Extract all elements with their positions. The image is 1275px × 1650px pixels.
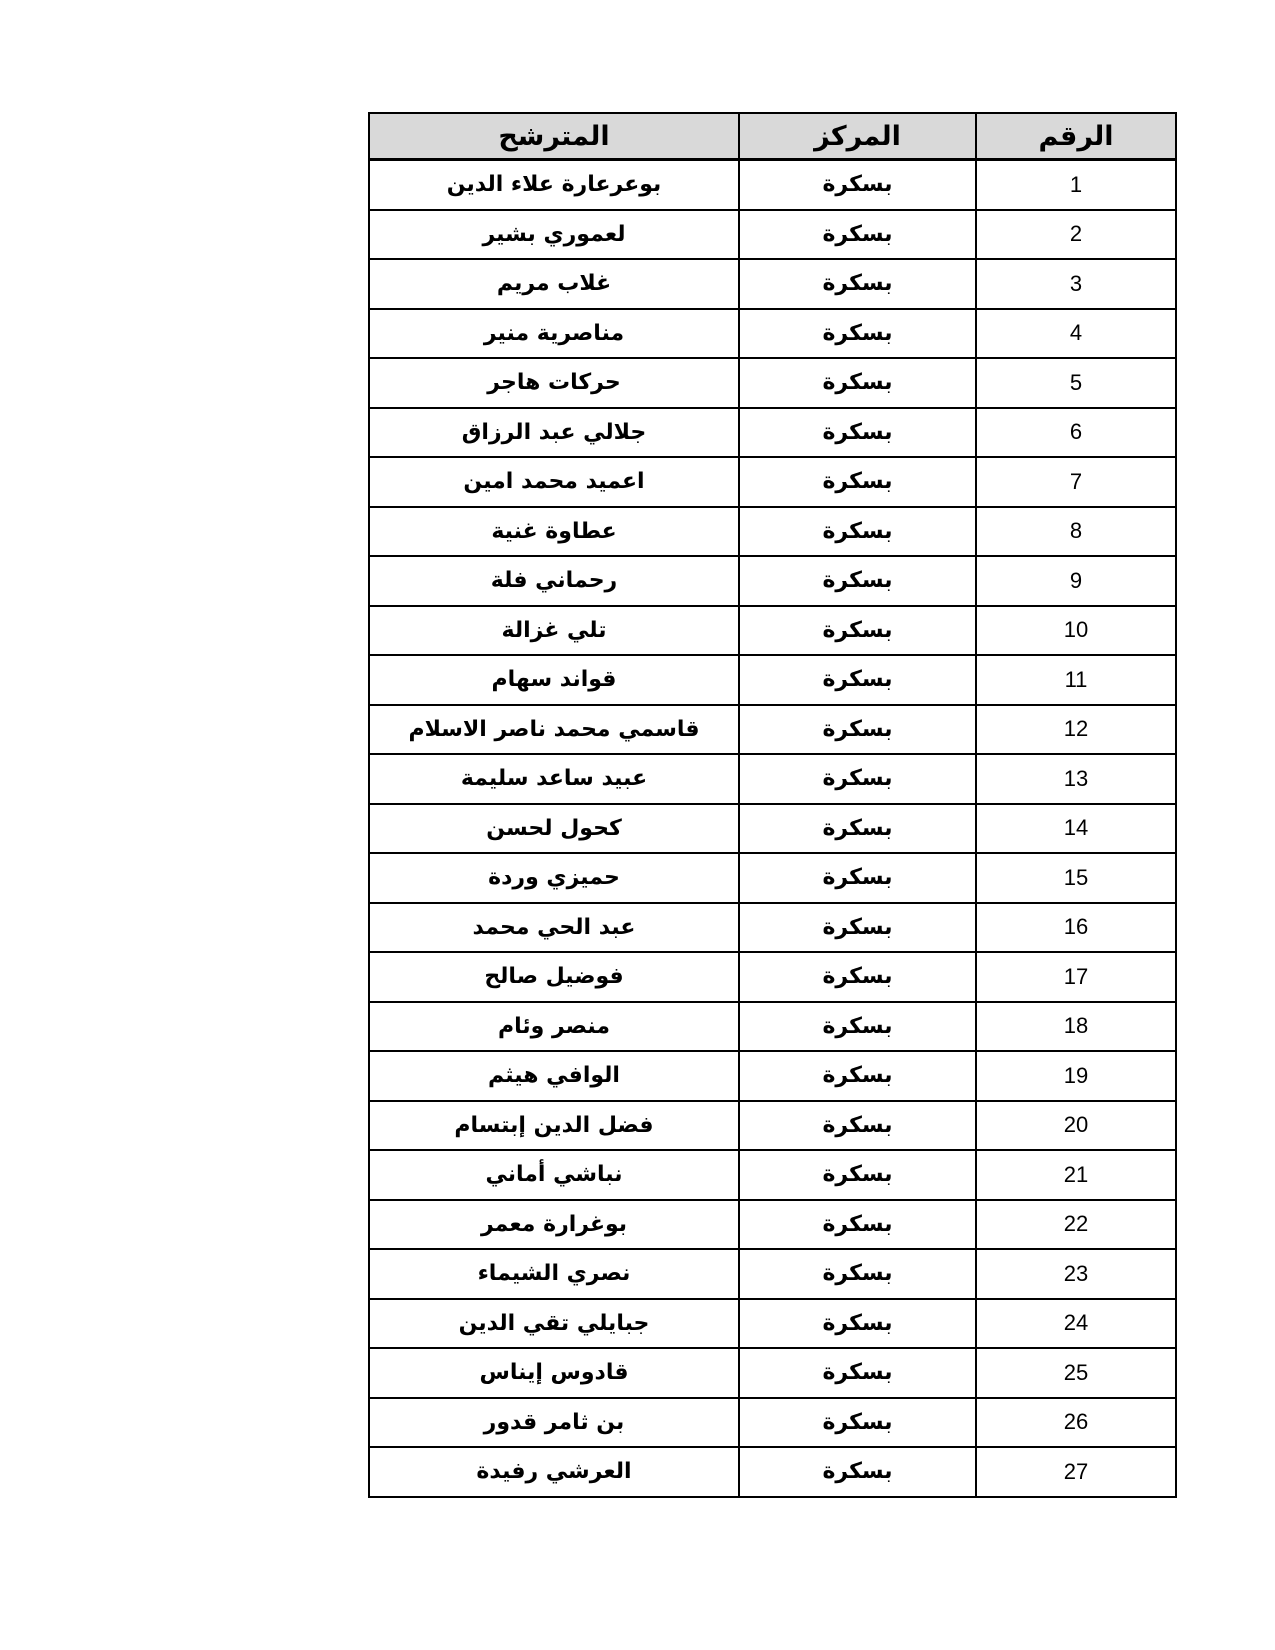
row-number-cell: 7 bbox=[976, 457, 1176, 507]
row-candidate-cell: عبد الحي محمد bbox=[369, 903, 739, 953]
row-candidate-cell: جلالي عبد الرزاق bbox=[369, 408, 739, 458]
table-row: 11 بسكرة قواند سهام bbox=[369, 655, 1176, 705]
row-candidate-cell: عبيد ساعد سليمة bbox=[369, 754, 739, 804]
column-header-number: الرقم bbox=[976, 113, 1176, 160]
row-candidate-cell: العرشي رفيدة bbox=[369, 1447, 739, 1497]
table-row: 21 بسكرة نباشي أماني bbox=[369, 1150, 1176, 1200]
row-number-cell: 18 bbox=[976, 1002, 1176, 1052]
table-row: 8 بسكرة عطاوة غنية bbox=[369, 507, 1176, 557]
row-candidate-cell: اعميد محمد امين bbox=[369, 457, 739, 507]
table-row: 26 بسكرة بن ثامر قدور bbox=[369, 1398, 1176, 1448]
row-candidate-cell: جبايلي تقي الدين bbox=[369, 1299, 739, 1349]
row-center-cell: بسكرة bbox=[739, 903, 976, 953]
row-candidate-cell: منصر وئام bbox=[369, 1002, 739, 1052]
row-number-cell: 17 bbox=[976, 952, 1176, 1002]
table-row: 24 بسكرة جبايلي تقي الدين bbox=[369, 1299, 1176, 1349]
document-page: الرقم المركز المترشح 1 بسكرة بوعرعارة عل… bbox=[0, 0, 1275, 1650]
table-row: 19 بسكرة الوافي هيثم bbox=[369, 1051, 1176, 1101]
row-candidate-cell: الوافي هيثم bbox=[369, 1051, 739, 1101]
table-row: 7 بسكرة اعميد محمد امين bbox=[369, 457, 1176, 507]
row-center-cell: بسكرة bbox=[739, 309, 976, 359]
row-number-cell: 12 bbox=[976, 705, 1176, 755]
table-row: 9 بسكرة رحماني فلة bbox=[369, 556, 1176, 606]
table-row: 5 بسكرة حركات هاجر bbox=[369, 358, 1176, 408]
candidates-table: الرقم المركز المترشح 1 بسكرة بوعرعارة عل… bbox=[368, 112, 1177, 1498]
row-center-cell: بسكرة bbox=[739, 952, 976, 1002]
table-row: 27 بسكرة العرشي رفيدة bbox=[369, 1447, 1176, 1497]
table-row: 10 بسكرة تلي غزالة bbox=[369, 606, 1176, 656]
table-row: 25 بسكرة قادوس إيناس bbox=[369, 1348, 1176, 1398]
row-number-cell: 26 bbox=[976, 1398, 1176, 1448]
row-number-cell: 27 bbox=[976, 1447, 1176, 1497]
row-candidate-cell: نصري الشيماء bbox=[369, 1249, 739, 1299]
row-candidate-cell: نباشي أماني bbox=[369, 1150, 739, 1200]
row-candidate-cell: رحماني فلة bbox=[369, 556, 739, 606]
row-candidate-cell: قاسمي محمد ناصر الاسلام bbox=[369, 705, 739, 755]
row-center-cell: بسكرة bbox=[739, 754, 976, 804]
row-center-cell: بسكرة bbox=[739, 210, 976, 260]
row-number-cell: 22 bbox=[976, 1200, 1176, 1250]
row-number-cell: 23 bbox=[976, 1249, 1176, 1299]
table-row: 22 بسكرة بوغرارة معمر bbox=[369, 1200, 1176, 1250]
table-row: 23 بسكرة نصري الشيماء bbox=[369, 1249, 1176, 1299]
row-number-cell: 6 bbox=[976, 408, 1176, 458]
row-center-cell: بسكرة bbox=[739, 556, 976, 606]
row-center-cell: بسكرة bbox=[739, 1002, 976, 1052]
row-center-cell: بسكرة bbox=[739, 1051, 976, 1101]
row-center-cell: بسكرة bbox=[739, 1249, 976, 1299]
row-candidate-cell: قادوس إيناس bbox=[369, 1348, 739, 1398]
row-number-cell: 24 bbox=[976, 1299, 1176, 1349]
header-row: الرقم المركز المترشح bbox=[369, 113, 1176, 160]
row-candidate-cell: بوعرعارة علاء الدين bbox=[369, 160, 739, 210]
row-number-cell: 3 bbox=[976, 259, 1176, 309]
table-row: 17 بسكرة فوضيل صالح bbox=[369, 952, 1176, 1002]
row-number-cell: 14 bbox=[976, 804, 1176, 854]
table-row: 12 بسكرة قاسمي محمد ناصر الاسلام bbox=[369, 705, 1176, 755]
row-center-cell: بسكرة bbox=[739, 259, 976, 309]
row-center-cell: بسكرة bbox=[739, 853, 976, 903]
row-center-cell: بسكرة bbox=[739, 1150, 976, 1200]
row-center-cell: بسكرة bbox=[739, 1398, 976, 1448]
row-center-cell: بسكرة bbox=[739, 507, 976, 557]
table-row: 15 بسكرة حميزي وردة bbox=[369, 853, 1176, 903]
row-candidate-cell: حركات هاجر bbox=[369, 358, 739, 408]
row-center-cell: بسكرة bbox=[739, 358, 976, 408]
row-number-cell: 9 bbox=[976, 556, 1176, 606]
row-number-cell: 5 bbox=[976, 358, 1176, 408]
table-row: 18 بسكرة منصر وئام bbox=[369, 1002, 1176, 1052]
row-number-cell: 13 bbox=[976, 754, 1176, 804]
table-row: 2 بسكرة لعموري بشير bbox=[369, 210, 1176, 260]
row-candidate-cell: كحول لحسن bbox=[369, 804, 739, 854]
row-center-cell: بسكرة bbox=[739, 655, 976, 705]
row-candidate-cell: فضل الدين إبتسام bbox=[369, 1101, 739, 1151]
table-row: 14 بسكرة كحول لحسن bbox=[369, 804, 1176, 854]
row-center-cell: بسكرة bbox=[739, 1348, 976, 1398]
table-row: 16 بسكرة عبد الحي محمد bbox=[369, 903, 1176, 953]
column-header-center: المركز bbox=[739, 113, 976, 160]
row-number-cell: 8 bbox=[976, 507, 1176, 557]
row-center-cell: بسكرة bbox=[739, 1299, 976, 1349]
row-center-cell: بسكرة bbox=[739, 408, 976, 458]
row-number-cell: 2 bbox=[976, 210, 1176, 260]
row-candidate-cell: عطاوة غنية bbox=[369, 507, 739, 557]
table-row: 6 بسكرة جلالي عبد الرزاق bbox=[369, 408, 1176, 458]
row-candidate-cell: قواند سهام bbox=[369, 655, 739, 705]
row-center-cell: بسكرة bbox=[739, 804, 976, 854]
row-candidate-cell: فوضيل صالح bbox=[369, 952, 739, 1002]
row-number-cell: 1 bbox=[976, 160, 1176, 210]
row-candidate-cell: بوغرارة معمر bbox=[369, 1200, 739, 1250]
row-number-cell: 11 bbox=[976, 655, 1176, 705]
row-center-cell: بسكرة bbox=[739, 160, 976, 210]
table-row: 1 بسكرة بوعرعارة علاء الدين bbox=[369, 160, 1176, 210]
table-row: 20 بسكرة فضل الدين إبتسام bbox=[369, 1101, 1176, 1151]
row-candidate-cell: مناصرية منير bbox=[369, 309, 739, 359]
row-number-cell: 21 bbox=[976, 1150, 1176, 1200]
table-row: 4 بسكرة مناصرية منير bbox=[369, 309, 1176, 359]
row-number-cell: 16 bbox=[976, 903, 1176, 953]
row-number-cell: 10 bbox=[976, 606, 1176, 656]
row-candidate-cell: غلاب مريم bbox=[369, 259, 739, 309]
row-candidate-cell: بن ثامر قدور bbox=[369, 1398, 739, 1448]
row-number-cell: 20 bbox=[976, 1101, 1176, 1151]
row-number-cell: 4 bbox=[976, 309, 1176, 359]
row-center-cell: بسكرة bbox=[739, 1447, 976, 1497]
row-candidate-cell: لعموري بشير bbox=[369, 210, 739, 260]
row-number-cell: 25 bbox=[976, 1348, 1176, 1398]
row-number-cell: 15 bbox=[976, 853, 1176, 903]
column-header-candidate: المترشح bbox=[369, 113, 739, 160]
row-candidate-cell: حميزي وردة bbox=[369, 853, 739, 903]
row-center-cell: بسكرة bbox=[739, 1101, 976, 1151]
table-row: 3 بسكرة غلاب مريم bbox=[369, 259, 1176, 309]
row-center-cell: بسكرة bbox=[739, 1200, 976, 1250]
table-row: 13 بسكرة عبيد ساعد سليمة bbox=[369, 754, 1176, 804]
row-number-cell: 19 bbox=[976, 1051, 1176, 1101]
row-center-cell: بسكرة bbox=[739, 705, 976, 755]
row-center-cell: بسكرة bbox=[739, 457, 976, 507]
row-candidate-cell: تلي غزالة bbox=[369, 606, 739, 656]
row-center-cell: بسكرة bbox=[739, 606, 976, 656]
